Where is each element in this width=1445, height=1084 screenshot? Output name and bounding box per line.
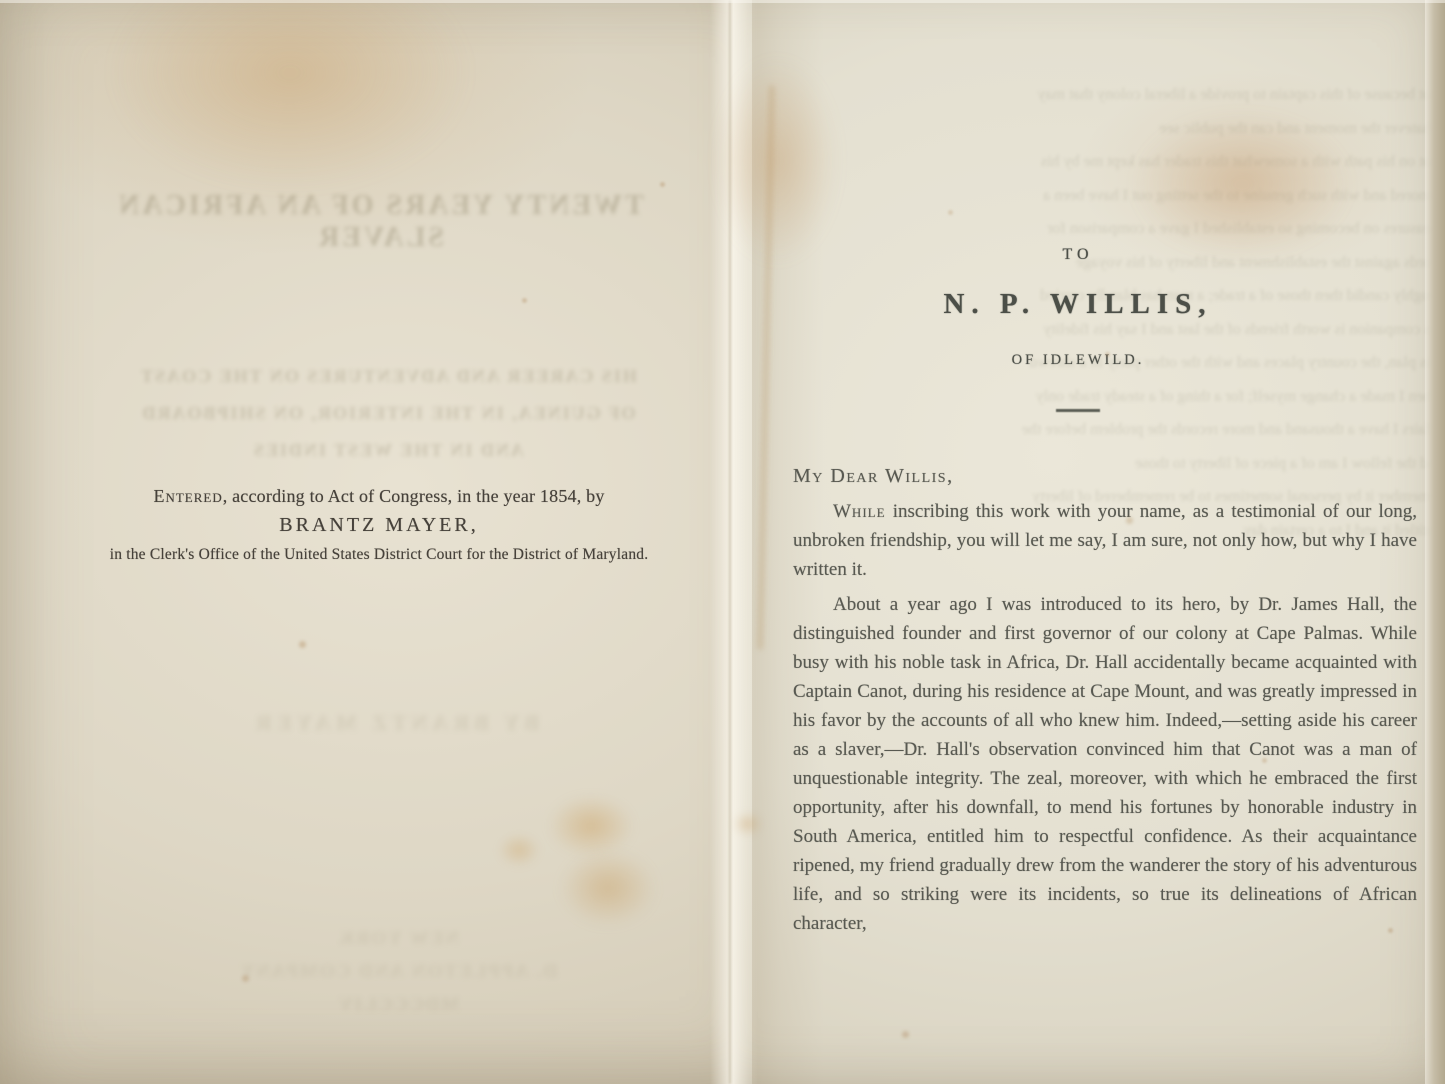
right-page-edge: [1425, 0, 1445, 1084]
copyright-line-1-rest: , according to Act of Congress, in the y…: [223, 486, 605, 506]
copyright-author-name: BRANTZ MAYER,: [28, 514, 730, 537]
copyright-line-1: Entered, according to Act of Congress, i…: [28, 486, 730, 507]
photo-top-edge: [0, 0, 1445, 3]
letter-paragraph-2: About a year ago I was introduced to its…: [793, 590, 1417, 938]
dedication-letter: My Dear Willis, While inscribing this wo…: [793, 462, 1417, 938]
dedication-to-word: TO: [793, 246, 1363, 264]
copyright-entered-word: Entered: [153, 486, 222, 506]
dedication-heading: TO N. P. WILLIS, OF IDLEWILD.: [793, 246, 1363, 412]
copyright-line-3: in the Clerk's Office of the United Stat…: [28, 546, 730, 564]
divider-rule: [1056, 409, 1100, 412]
salutation: My Dear Willis,: [793, 462, 1417, 491]
copyright-notice: Entered, according to Act of Congress, i…: [28, 486, 730, 564]
dedication-subtitle: OF IDLEWILD.: [793, 352, 1363, 369]
dedication-name: N. P. WILLIS,: [793, 288, 1363, 321]
letter-paragraph-1: While inscribing this work with your nam…: [793, 497, 1417, 584]
book-photo: TWENTY YEARS OF AN AFRICAN SLAVER HIS CA…: [0, 0, 1445, 1084]
paragraph-1-text: inscribing this work with your name, as …: [793, 501, 1417, 580]
paragraph-1-lead-word: While: [833, 501, 886, 522]
